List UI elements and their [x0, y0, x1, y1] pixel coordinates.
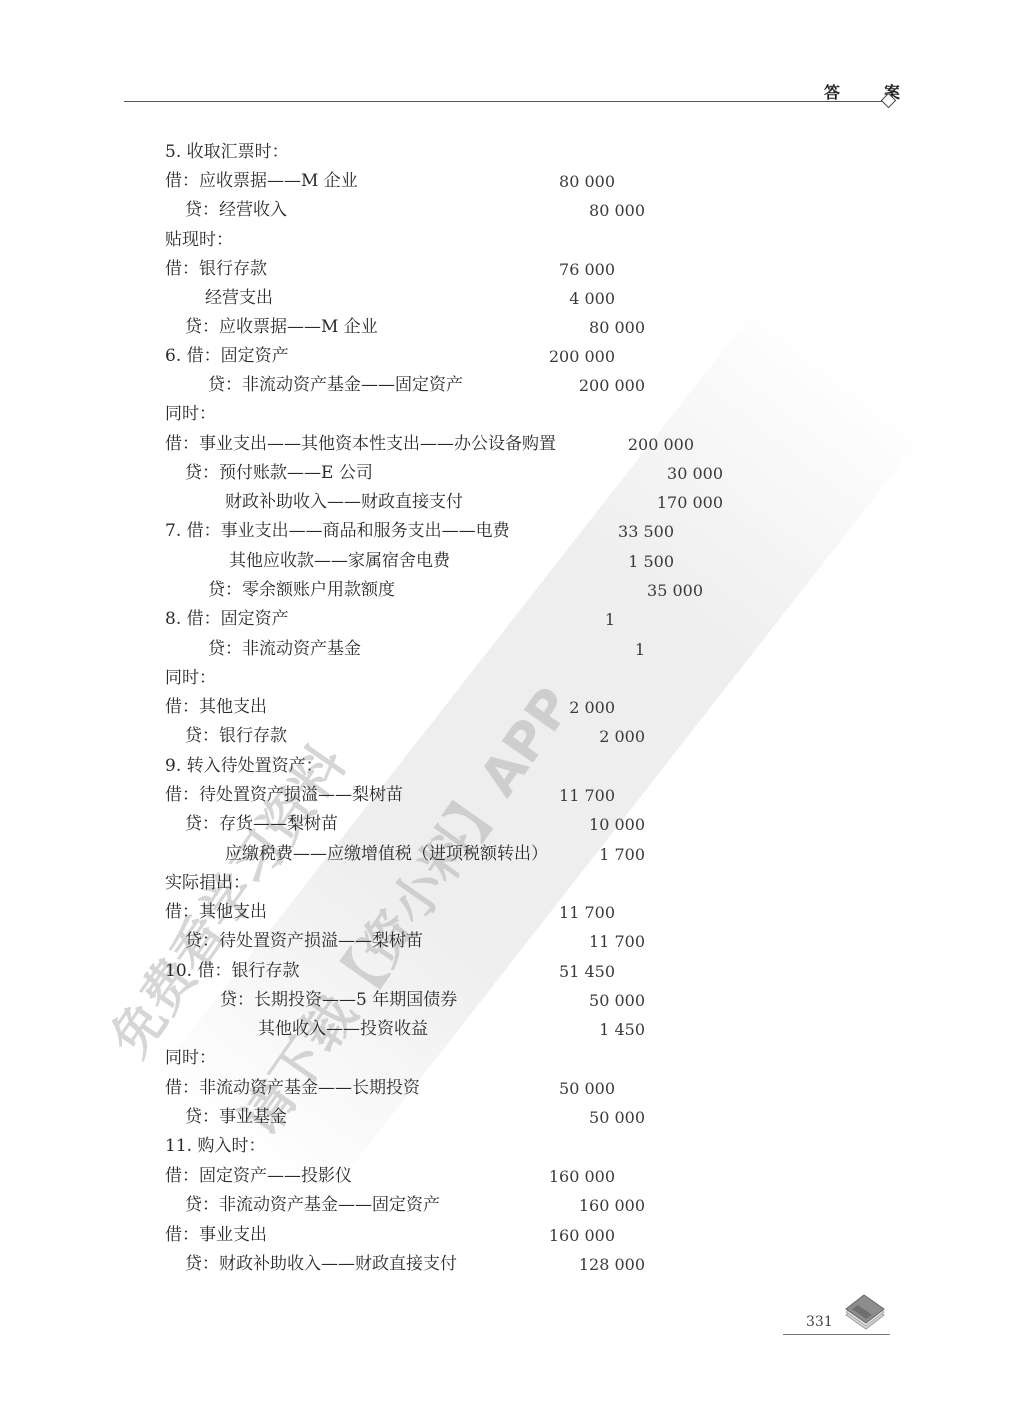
entry-amount: 51 450: [495, 962, 615, 982]
entry-amount: 200 000: [495, 347, 615, 367]
header-rule: [124, 101, 884, 102]
entry-text: 10. 借：银行存款: [165, 961, 299, 981]
entry-amount: 200 000: [574, 435, 694, 455]
page-header-title: 答 案: [824, 80, 914, 103]
entry-amount: 10 000: [525, 815, 645, 835]
entry-text: 借：事业支出——其他资本性支出——办公设备购置: [165, 434, 556, 454]
entry-amount: 160 000: [495, 1167, 615, 1187]
entry-amount: 1 450: [525, 1020, 645, 1040]
footer-rule: [783, 1334, 890, 1335]
entry-text: 借：银行存款: [165, 259, 267, 279]
entry-amount: 80 000: [525, 318, 645, 338]
entry-amount: 30 000: [603, 464, 723, 484]
entry-amount: 160 000: [495, 1226, 615, 1246]
entry-text: 6. 借：固定资产: [165, 346, 289, 366]
entry-text: 7. 借：事业支出——商品和服务支出——电费: [165, 521, 510, 541]
entry-text: 借：其他支出: [165, 902, 267, 922]
entry-text: 贷：银行存款: [185, 726, 287, 746]
entry-text: 借：应收票据——M 企业: [165, 171, 358, 191]
entry-amount: 50 000: [495, 1079, 615, 1099]
entry-amount: 11 700: [495, 786, 615, 806]
entry-text: 贷：非流动资产基金——固定资产: [208, 375, 463, 395]
entry-amount: 2 000: [495, 698, 615, 718]
entry-text: 贷：待处置资产损溢——梨树苗: [185, 931, 423, 951]
entry-text: 借：固定资产——投影仪: [165, 1166, 352, 1186]
entry-text: 同时：: [165, 1048, 216, 1068]
entry-amount: 170 000: [603, 493, 723, 513]
entry-text: 贷：零余额账户用款额度: [208, 580, 395, 600]
entry-amount: 80 000: [495, 172, 615, 192]
entry-text: 5. 收取汇票时：: [165, 142, 289, 162]
entry-text: 贷：经营收入: [185, 200, 287, 220]
entry-text: 经营支出: [205, 288, 273, 308]
entry-text: 其他应收款——家属宿舍电费: [229, 551, 450, 571]
watermark-line-1: 免费看学习资料: [89, 728, 359, 1069]
entry-text: 9. 转入待处置资产：: [165, 756, 323, 776]
entry-text: 贷：长期投资——5 年期国债券: [220, 990, 457, 1010]
entry-amount: 200 000: [525, 376, 645, 396]
entry-text: 贷：事业基金: [185, 1107, 287, 1127]
entry-text: 借：事业支出: [165, 1225, 267, 1245]
entry-amount: 76 000: [495, 260, 615, 280]
entry-text: 借：非流动资产基金——长期投资: [165, 1078, 420, 1098]
entry-text: 实际捐出：: [165, 873, 250, 893]
entry-amount: 160 000: [525, 1196, 645, 1216]
book-stack-icon: [842, 1293, 886, 1333]
page-number: 331: [806, 1314, 833, 1330]
entry-text: 借：待处置资产损溢——梨树苗: [165, 785, 403, 805]
entry-amount: 4 000: [495, 289, 615, 309]
entry-amount: 11 700: [525, 932, 645, 952]
entry-text: 同时：: [165, 404, 216, 424]
entry-text: 其他收入——投资收益: [258, 1019, 428, 1039]
entry-text: 贷：预付账款——E 公司: [185, 463, 373, 483]
entry-text: 贷：存货——梨树苗: [185, 814, 338, 834]
entry-amount: 128 000: [525, 1255, 645, 1275]
entry-text: 财政补助收入——财政直接支付: [225, 492, 463, 512]
entry-amount: 50 000: [525, 991, 645, 1011]
entry-amount: 50 000: [525, 1108, 645, 1128]
entry-text: 同时：: [165, 668, 216, 688]
entry-amount: 1: [525, 640, 645, 660]
entry-text: 8. 借：固定资产: [165, 609, 289, 629]
entry-text: 贷：财政补助收入——财政直接支付: [185, 1254, 457, 1274]
entry-text: 贷：非流动资产基金: [208, 639, 361, 659]
entry-amount: 1: [495, 610, 615, 630]
entry-amount: 35 000: [583, 581, 703, 601]
entry-amount: 1 700: [525, 845, 645, 865]
entry-text: 11. 购入时：: [165, 1136, 265, 1156]
entry-text: 借：其他支出: [165, 697, 267, 717]
entry-text: 贷：应收票据——M 企业: [185, 317, 378, 337]
entry-text: 应缴税费——应缴增值税（进项税额转出）: [225, 844, 548, 864]
entry-amount: 80 000: [525, 201, 645, 221]
entry-amount: 33 500: [554, 522, 674, 542]
entry-amount: 11 700: [495, 903, 615, 923]
entry-text: 贷：非流动资产基金——固定资产: [185, 1195, 440, 1215]
entry-amount: 1 500: [554, 552, 674, 572]
entry-text: 贴现时：: [165, 230, 233, 250]
entry-amount: 2 000: [525, 727, 645, 747]
